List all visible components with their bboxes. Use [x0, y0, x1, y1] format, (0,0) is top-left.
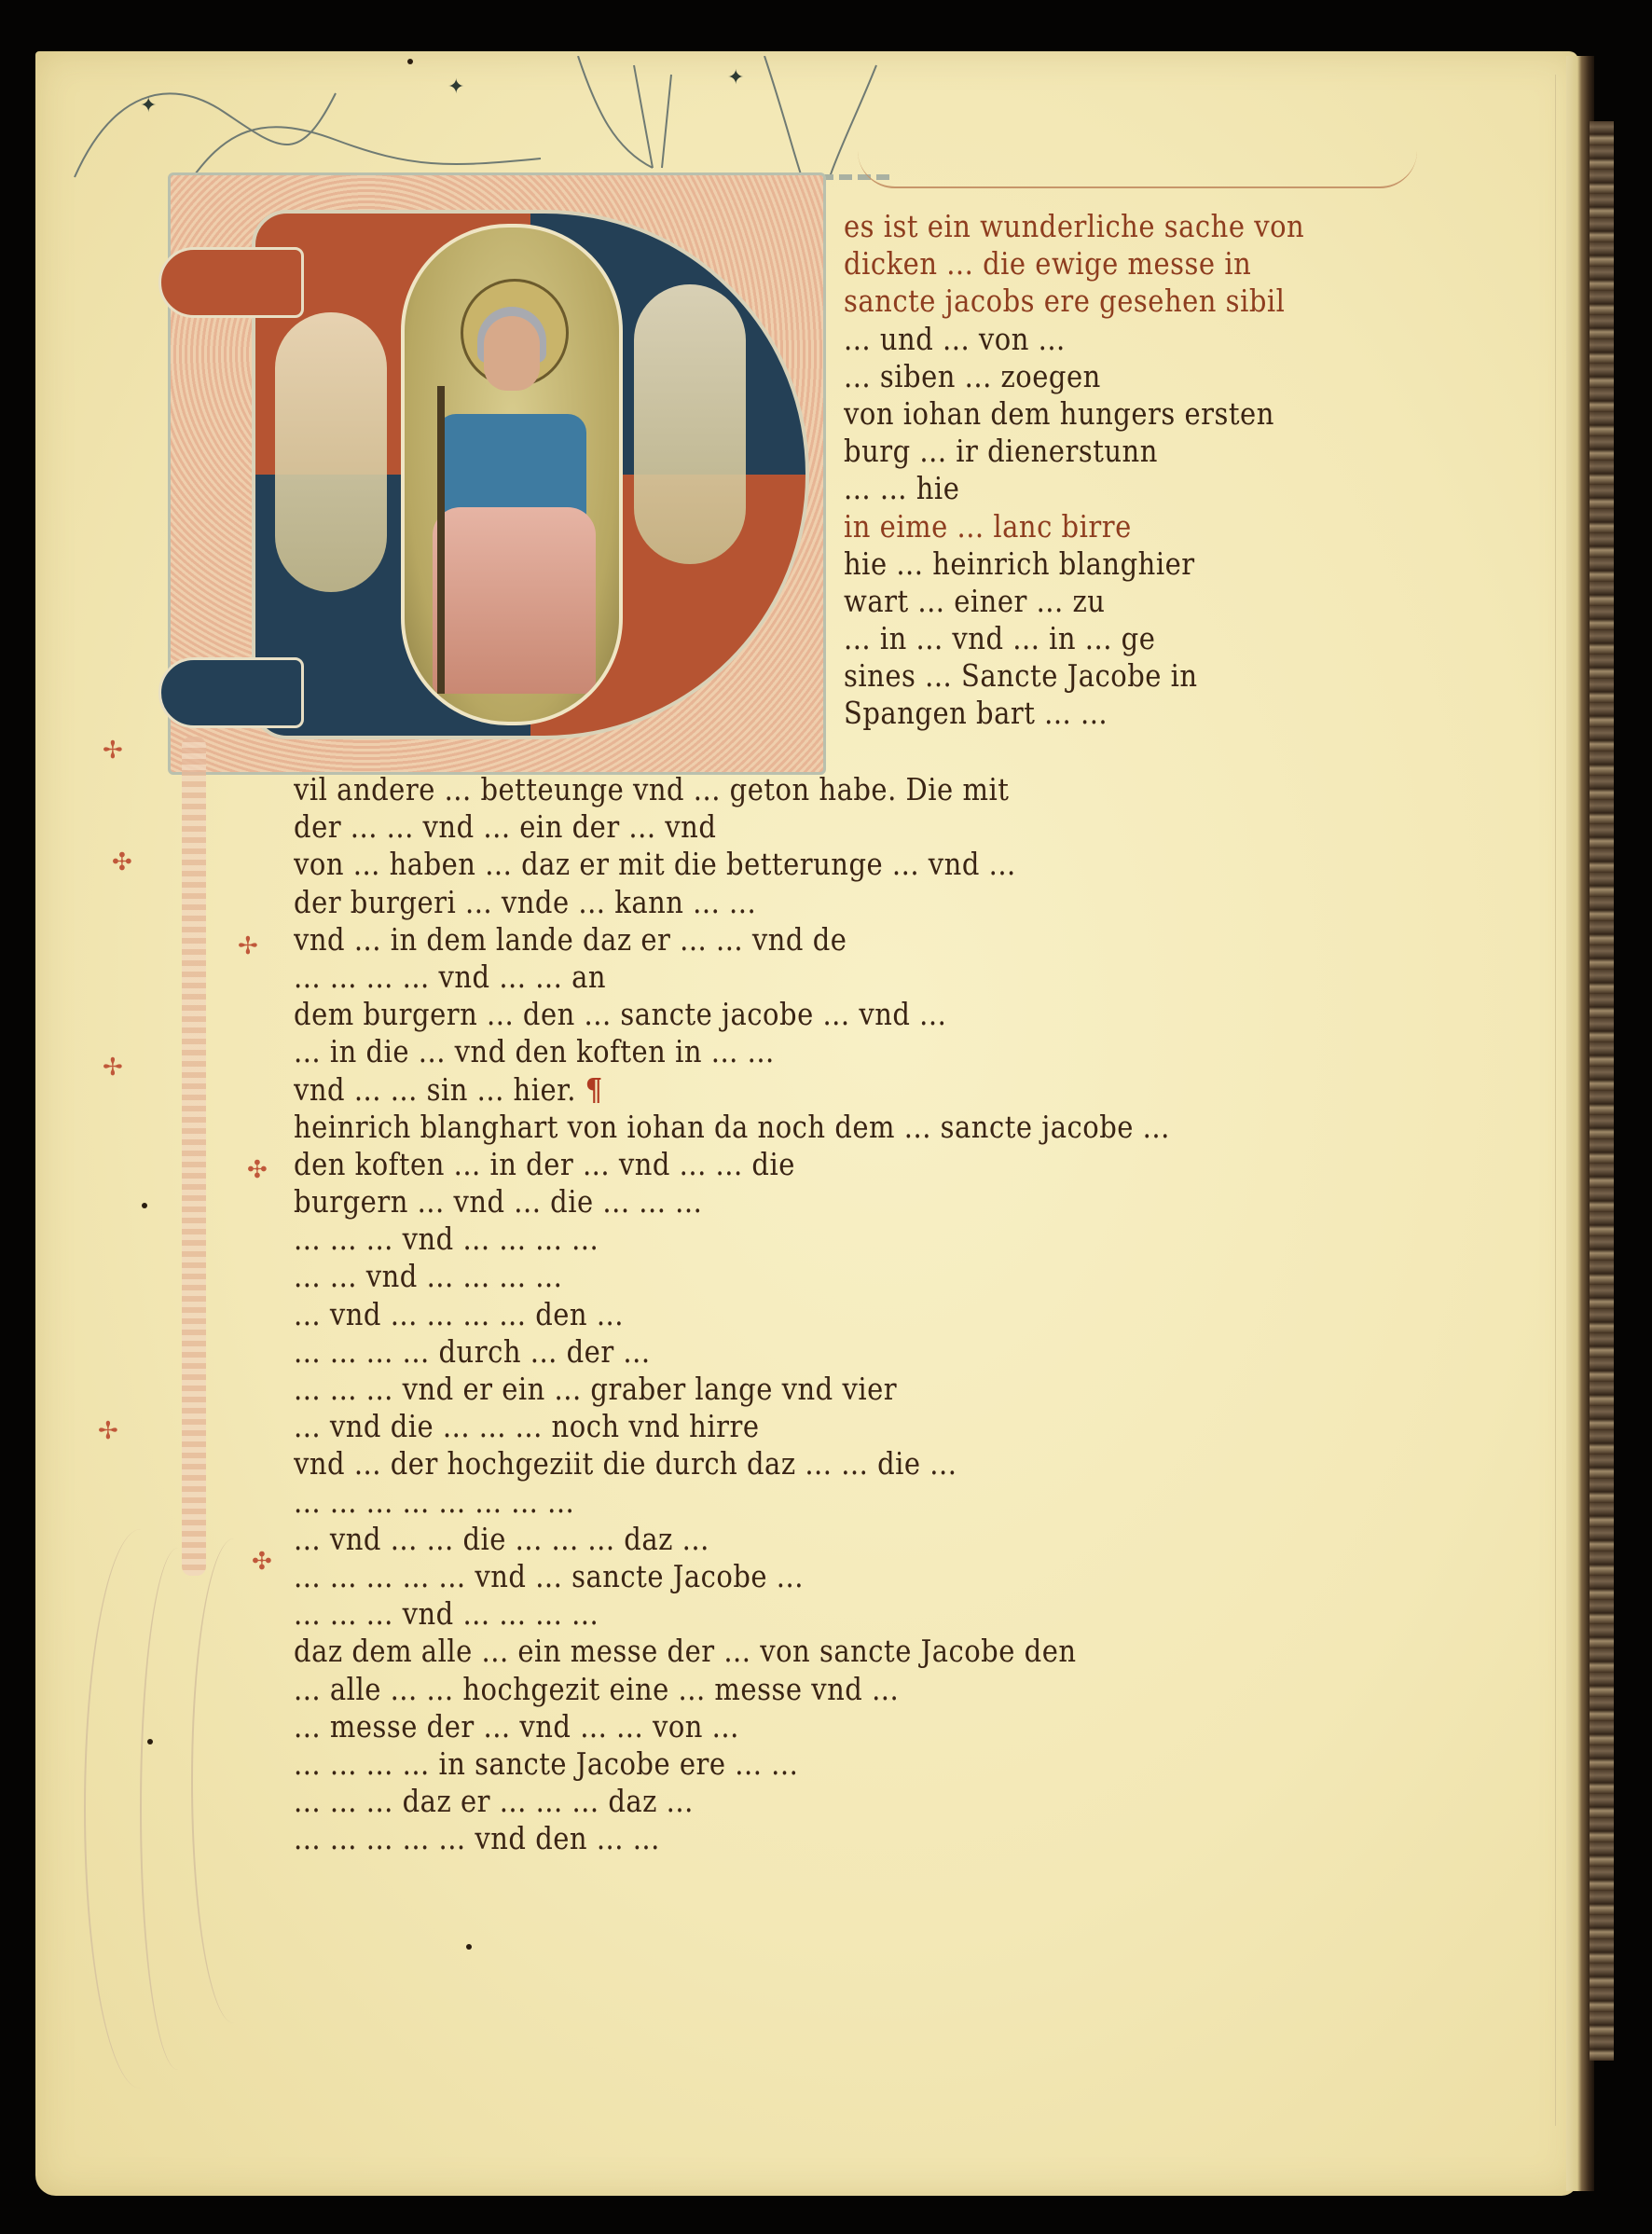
sprig-ornament-icon: ✢ — [238, 932, 258, 960]
text-line: ... ... vnd ... ... ... ... — [294, 1256, 1328, 1298]
text-line: es ist ein wunderliche sache von — [844, 206, 1328, 248]
text-line: ... ... ... daz er ... ... ... daz ... — [294, 1781, 1328, 1823]
text-line: vil andere ... betteunge vnd ... geton h… — [294, 769, 1328, 811]
sprig-ornament-icon: ✣ — [252, 1548, 272, 1576]
page-inner-rule — [1555, 75, 1556, 2126]
text-line: in eime ... lanc birre — [844, 505, 1328, 547]
text-line: ... ... ... ... in sancte Jacobe ere ...… — [294, 1743, 1328, 1785]
text-line: von ... haben ... daz er mit die betteru… — [294, 844, 1328, 886]
text-line-content: vnd ... ... sin ... hier. — [294, 1071, 576, 1107]
text-line: ... ... ... vnd er ein ... graber lange … — [294, 1369, 1328, 1411]
text-line: ... ... ... ... ... vnd ... sancte Jacob… — [294, 1556, 1328, 1598]
saint-medallion — [401, 224, 623, 725]
initial-serif-bottom — [158, 657, 304, 728]
text-line: heinrich blanghart von iohan da noch dem… — [294, 1106, 1328, 1148]
text-column-beside-initial: es ist ein wunderliche sache von dicken … — [844, 208, 1328, 733]
illuminated-initial-d — [168, 172, 820, 769]
text-line: ... in die ... vnd den koften in ... ... — [294, 1031, 1328, 1073]
text-line: ... ... ... ... vnd ... ... an — [294, 957, 1328, 999]
main-text-block: vil andere ... betteunge vnd ... geton h… — [294, 771, 1328, 1857]
text-line: vnd ... der hochgeziit die durch daz ...… — [294, 1443, 1328, 1485]
ink-speck — [142, 1203, 147, 1208]
text-line: sancte jacobs ere gesehen sibil — [844, 281, 1328, 323]
text-line: ... ... ... ... durch ... der ... — [294, 1331, 1328, 1372]
saint-pink-mantle — [433, 507, 596, 694]
sprig-ornament-icon: ✣ — [112, 848, 132, 876]
text-line: hie ... heinrich blanghier — [844, 543, 1328, 585]
sprig-ornament-icon: ✣ — [247, 1156, 268, 1184]
sprig-ornament-icon: ✢ — [103, 737, 123, 765]
right-angel-figure — [634, 284, 746, 564]
ink-speck — [407, 59, 413, 64]
text-line: ... vnd ... ... ... ... den ... — [294, 1293, 1328, 1335]
text-line: den koften ... in der ... vnd ... ... di… — [294, 1143, 1328, 1185]
svg-text:✦: ✦ — [727, 66, 744, 90]
text-line: ... in ... vnd ... in ... ge — [844, 618, 1328, 660]
text-line: dicken ... die ewige messe in — [844, 243, 1328, 285]
text-line: burgern ... vnd ... die ... ... ... — [294, 1181, 1328, 1223]
text-line: ... alle ... ... hochgezit eine ... mess… — [294, 1668, 1328, 1710]
book-binding-edge — [1590, 121, 1614, 2061]
text-line: vnd ... in dem lande daz er ... ... vnd … — [294, 918, 1328, 960]
text-line: ... ... ... ... ... ... ... ... — [294, 1481, 1328, 1523]
text-line: ... ... ... ... ... vnd den ... ... — [294, 1818, 1328, 1860]
text-line: der ... ... vnd ... ein der ... vnd — [294, 807, 1328, 848]
text-line: von iohan dem hungers ersten — [844, 393, 1328, 435]
text-line: ... vnd ... ... die ... ... ... daz ... — [294, 1518, 1328, 1560]
ink-speck — [147, 1739, 153, 1744]
text-line: burg ... ir dienerstunn — [844, 431, 1328, 473]
text-line: daz dem alle ... ein messe der ... von s… — [294, 1631, 1328, 1673]
saint-face — [484, 316, 540, 391]
red-pen-flourish — [858, 121, 1417, 188]
initial-serif-top — [158, 247, 304, 318]
ink-speck — [466, 1944, 472, 1950]
top-border-flourish: ✦✦✦ — [56, 56, 988, 186]
text-line: Spangen bart ... ... — [844, 693, 1328, 735]
text-line: wart ... einer ... zu — [844, 580, 1328, 622]
text-line-with-paragraph-mark: vnd ... ... sin ... hier. ¶ — [294, 1069, 1328, 1110]
text-line: ... vnd die ... ... ... noch vnd hirre — [294, 1406, 1328, 1448]
text-line: ... siben ... zoegen — [844, 355, 1328, 397]
text-line: ... ... ... vnd ... ... ... ... — [294, 1593, 1328, 1635]
pilgrim-staff-icon — [437, 386, 445, 694]
text-line: dem burgern ... den ... sancte jacobe ..… — [294, 994, 1328, 1036]
text-line: der burgeri ... vnde ... kann ... ... — [294, 881, 1328, 923]
sprig-ornament-icon: ✢ — [103, 1054, 123, 1082]
text-line: ... ... ... vnd ... ... ... ... — [294, 1219, 1328, 1261]
svg-text:✦: ✦ — [447, 76, 464, 99]
vine-tendril — [191, 1538, 277, 2023]
text-line: ... und ... von ... — [844, 318, 1328, 360]
text-line: ... ... hie — [844, 468, 1328, 510]
svg-text:✦: ✦ — [140, 94, 157, 117]
text-line: sines ... Sancte Jacobe in — [844, 655, 1328, 697]
paragraph-mark-icon: ¶ — [585, 1071, 603, 1107]
marginal-vine-stem — [182, 737, 206, 1576]
left-angel-figure — [275, 312, 387, 592]
sprig-ornament-icon: ✢ — [98, 1417, 118, 1445]
text-line: ... messe der ... vnd ... ... von ... — [294, 1705, 1328, 1747]
